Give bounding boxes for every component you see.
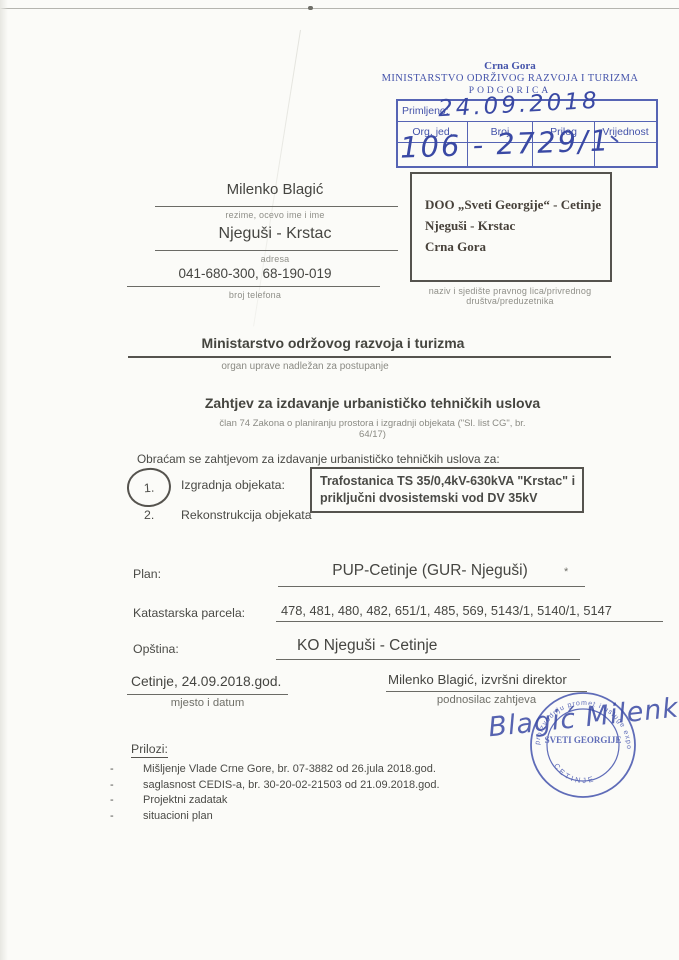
option-2-label: Rekonstrukcija objekata [181,508,312,522]
object-description-line2: priključni dvosistemski vod DV 35kV [320,490,582,507]
request-intro: Obraćam se zahtjevom za izdavanje urbani… [137,452,500,466]
request-title: Zahtjev za izdavanje urbanističko tehnič… [190,395,555,411]
municipality-value: KO Njeguši - Cetinje [297,637,437,655]
municipality-underline [276,659,580,660]
plan-value: PUP-Cetinje (GUR- Njeguši) [280,562,580,580]
applicant-address: Njeguši - Krstac [155,225,395,243]
option-1-label: Izgradnja objekata: [181,478,285,492]
attachment-item: - saglasnost CEDIS-a, br. 30-20-02-21503… [110,778,440,792]
attachments-title: Prilozi: [131,742,168,758]
scan-speck [308,6,313,10]
svg-text:CETINJE: CETINJE [552,762,597,786]
plan-label: Plan: [133,567,161,581]
list-dash: - [110,762,143,776]
object-description-line1: Trafostanica TS 35/0,4kV-630kVA "Krstac"… [320,473,582,490]
option-2-number: 2. [144,508,154,522]
applicant-address-label: adresa [155,254,395,264]
option-1-number: 1. [143,480,154,495]
place-date-label: mjesto i datum [127,697,288,709]
attachments-list: - Mišljenje Vlade Crne Gore, br. 07-3882… [110,762,440,823]
attachment-text: Projektni zadatak [143,793,227,807]
applicant-name-label: rezime, ocevo ime i ime [155,210,395,220]
place-date: Cetinje, 24.09.2018.god. [131,674,281,689]
applicant-phone: 041-680-300, 68-190-019 [135,266,375,281]
plan-underline [278,586,585,587]
applicant-name: Milenko Blagić [155,181,395,198]
stamp-center-text: SVETI GEORGIJE [545,735,622,745]
receipt-stamp-ministry: MINISTARSTVO ODRŽIVOG RAZVOJA I TURIZMA [352,73,668,84]
municipality-label: Opština: [133,642,179,656]
parcel-underline [276,621,663,622]
plan-asterisk: * [564,566,568,578]
parcel-value: 478, 481, 480, 482, 651/1, 485, 569, 514… [281,603,612,618]
scan-edge-line [0,8,679,9]
selected-option-circle: 1. [126,467,173,509]
applicant-phone-label: broj telefona [135,290,375,300]
signer-name: Milenko Blagić, izvršni direktor [388,672,567,687]
name-underline [155,206,398,207]
attachment-text: Mišljenje Vlade Crne Gore, br. 07-3882 o… [143,762,436,776]
authority-label: organ uprave nadležan za postupanje [160,361,450,372]
attachment-item: - situacioni plan [110,809,440,823]
paper-crease [253,30,301,326]
authority-underline [128,356,611,358]
receipt-stamp-country: Crna Gora [380,60,640,72]
scan-left-shadow [0,0,8,960]
phone-underline [127,286,380,287]
list-dash: - [110,778,143,792]
stamp-bottom-text: CETINJE [552,762,597,786]
list-dash: - [110,809,143,823]
company-address: Njeguši - Krstac [425,215,610,236]
attachment-text: situacioni plan [143,809,213,823]
authority-title: Ministarstvo održovog razvoja i turizma [128,335,538,351]
company-box-label: naziv i sjedište pravnog lica/privrednog… [385,286,635,306]
request-subtitle: član 74 Zakona o planiranju prostora i i… [205,418,540,440]
place-date-underline [127,694,288,695]
parcel-label: Katastarska parcela: [133,606,245,620]
company-box: DOO „Sveti Georgije“ - Cetinje Njeguši -… [410,172,612,282]
list-dash: - [110,793,143,807]
attachment-text: saglasnost CEDIS-a, br. 30-20-02-21503 o… [143,778,440,792]
scanned-document-page: Crna Gora MINISTARSTVO ODRŽIVOG RAZVOJA … [0,0,679,960]
company-country: Crna Gora [425,236,610,257]
company-name: DOO „Sveti Georgije“ - Cetinje [425,194,610,215]
attachment-item: - Projektni zadatak [110,793,440,807]
address-underline [155,250,398,251]
object-description-box: Trafostanica TS 35/0,4kV-630kVA "Krstac"… [310,467,584,513]
attachment-item: - Mišljenje Vlade Crne Gore, br. 07-3882… [110,762,440,776]
